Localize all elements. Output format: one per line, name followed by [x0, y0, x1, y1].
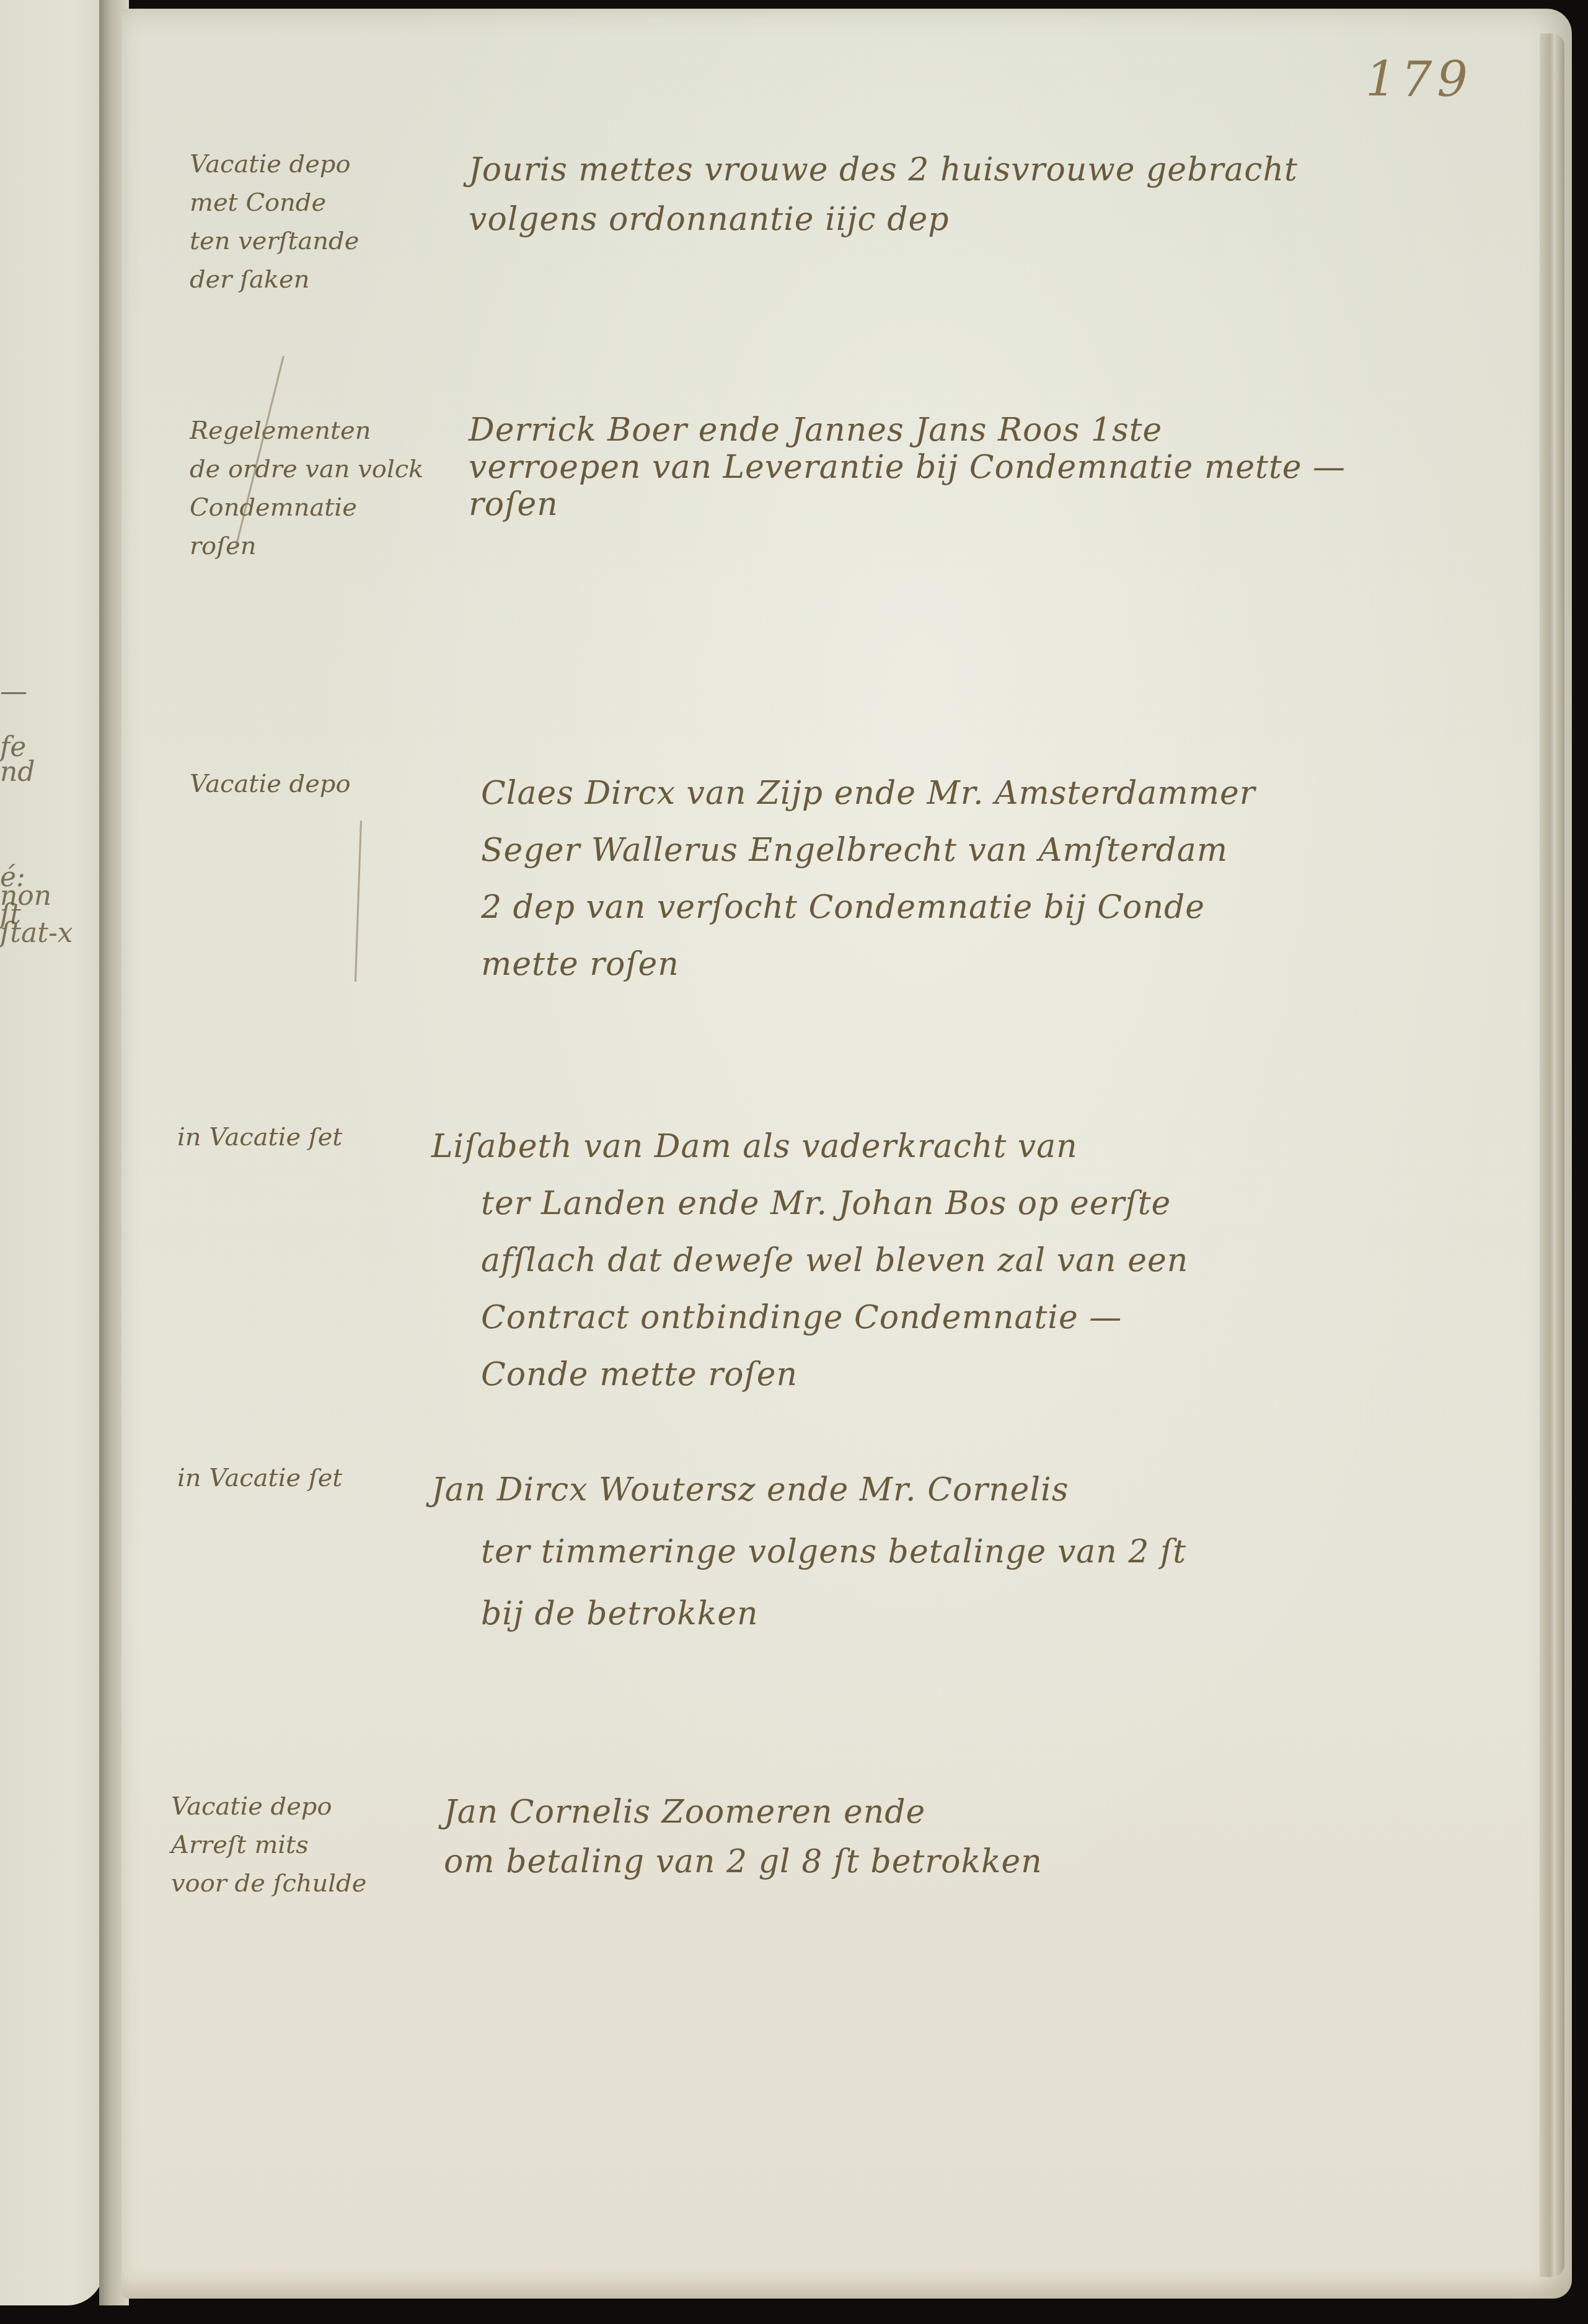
margin-annotation: in Vacatie ſet [177, 1118, 450, 1156]
page-edge [1540, 33, 1564, 2277]
body-line: ter Landen ende Mr. Johan Bos op eerſte [431, 1175, 1498, 1232]
margin-line: Vacatie depo [190, 765, 462, 803]
body-line: Jan Cornelis Zoomeren ende [444, 1787, 1510, 1837]
body-line: Jan Dircx Woutersz ende Mr. Cornelis [431, 1459, 1498, 1521]
margin-line: voor de ſchulde [171, 1864, 444, 1903]
entry-body: Jan Dircx Woutersz ende Mr. Cornelis ter… [431, 1459, 1498, 1645]
facing-page-fragment: nd [0, 756, 35, 788]
margin-line: ten verſtande [190, 222, 462, 260]
margin-line: in Vacatie ſet [177, 1459, 450, 1497]
margin-annotation: Vacatie depo Arreſt mits voor de ſchulde [171, 1787, 444, 1903]
body-line: Contract ontbindinge Condemnatie — [431, 1289, 1498, 1346]
body-line: Claes Dircx van Zijp ende Mr. Amsterdamm… [481, 765, 1547, 822]
margin-annotation: in Vacatie ſet [177, 1459, 450, 1497]
margin-annotation: Vacatie depo [190, 765, 462, 803]
entry-body: Derrick Boer ende Jannes Jans Roos 1ste … [469, 412, 1535, 523]
margin-line: Regelementen [190, 412, 462, 450]
pen-flourish [355, 821, 362, 982]
body-line: mette roſen [481, 936, 1547, 993]
body-line: Seger Wallerus Engelbrecht van Amſterdam [481, 822, 1547, 879]
facing-page-fragment: ſtat-x [0, 917, 73, 949]
entry-body: Liſabeth van Dam als vaderkracht van ter… [431, 1118, 1498, 1403]
margin-annotation: Regelementen de ordre van volck Condemna… [190, 412, 462, 565]
body-line: volgens ordonnantie iijc dep [469, 195, 1535, 244]
margin-line: de ordre van volck [190, 450, 462, 488]
margin-line: in Vacatie ſet [177, 1118, 450, 1156]
margin-line: met Conde [190, 183, 462, 222]
body-line: om betaling van 2 gl 8 ſt betrokken [444, 1837, 1510, 1886]
body-line: 2 dep van verſocht Condemnatie bij Conde [481, 879, 1547, 936]
body-line: Liſabeth van Dam als vaderkracht van [431, 1118, 1498, 1175]
folio-number: 179 [1365, 52, 1473, 108]
entry-body: Jouris mettes vrouwe des 2 huisvrouwe ge… [469, 145, 1535, 244]
margin-annotation: Vacatie depo met Conde ten verſtande der… [190, 145, 462, 299]
margin-line: Vacatie depo [190, 145, 462, 183]
body-line: afſlach dat deweſe wel bleven zal van ee… [431, 1232, 1498, 1289]
entry-body: Jan Cornelis Zoomeren ende om betaling v… [444, 1787, 1510, 1886]
facing-page-fragment: — [0, 676, 27, 707]
facing-page: — fe nd é: non ſt ſtat-x [0, 0, 104, 2305]
margin-line: Condemnatie [190, 488, 462, 527]
body-line: Derrick Boer ende Jannes Jans Roos 1ste [469, 412, 1535, 449]
body-line: ter timmeringe volgens betalinge van 2 ſ… [431, 1521, 1498, 1583]
margin-line: der ſaken [190, 260, 462, 299]
entry-body: Claes Dircx van Zijp ende Mr. Amsterdamm… [481, 765, 1547, 993]
manuscript-page: 179 Vacatie depo met Conde ten verſtande… [121, 9, 1572, 2299]
body-line: roſen [469, 486, 1535, 523]
body-line: bij de betrokken [431, 1583, 1498, 1645]
body-line: Jouris mettes vrouwe des 2 huisvrouwe ge… [469, 145, 1535, 195]
margin-line: roſen [190, 527, 462, 565]
margin-line: Arreſt mits [171, 1826, 444, 1864]
body-line: verroepen van Leverantie bij Condemnatie… [469, 449, 1535, 486]
margin-line: Vacatie depo [171, 1787, 444, 1826]
body-line: Conde mette roſen [431, 1346, 1498, 1403]
